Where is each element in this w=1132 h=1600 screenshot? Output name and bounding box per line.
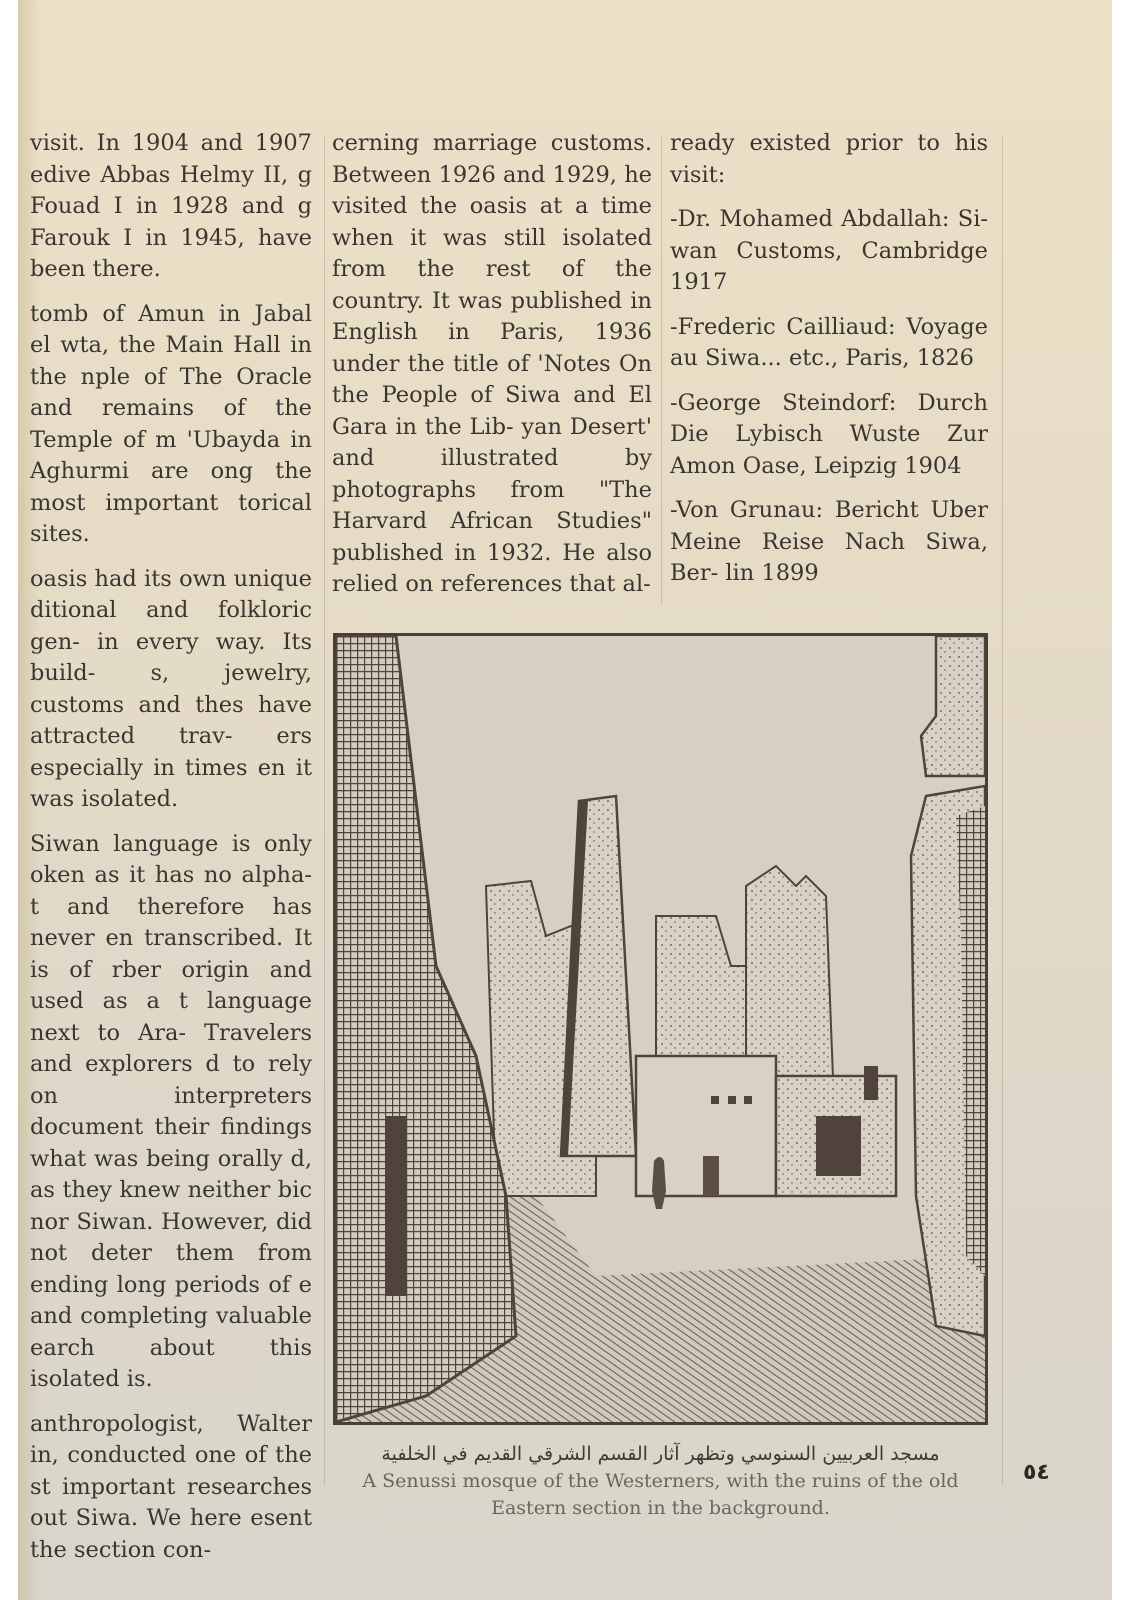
reference-item: -Frederic Cailliaud: Voyage au Siwa... e… [670,312,988,375]
references-intro: ready existed prior to his visit: [670,128,988,191]
column-divider [1002,135,1003,1485]
reference-item: -Von Grunau: Bericht Uber Meine Reise Na… [670,495,988,590]
text-column-right: ready existed prior to his visit: -Dr. M… [670,128,988,603]
reference-item: -George Steindorf: Durch Die Lybisch Wus… [670,388,988,483]
paragraph: anthropologist, Walter in, conducted one… [30,1409,312,1567]
caption-english: A Senussi mosque of the Westerners, with… [333,1468,988,1522]
book-page: visit. In 1904 and 1907 edive Abbas Helm… [18,0,1112,1600]
paragraph: cerning marriage customs. Between 1926 a… [332,128,652,601]
reference-item: -Dr. Mohamed Abdallah: Si- wan Customs, … [670,204,988,299]
siwa-street-engraving [336,636,985,1422]
engraving-illustration [333,633,988,1425]
caption-arabic: مسجد العربيين السنوسي وتظهر آثار القسم ا… [333,1440,988,1468]
column-divider [324,135,325,1485]
paragraph: tomb of Amun in Jabal el wta, the Main H… [30,299,312,551]
column-divider [661,135,662,605]
paragraph: Siwan language is only oken as it has no… [30,829,312,1396]
text-column-left: visit. In 1904 and 1907 edive Abbas Helm… [30,128,312,1579]
paragraph: oasis had its own unique ditional and fo… [30,564,312,816]
paragraph: visit. In 1904 and 1907 edive Abbas Helm… [30,128,312,286]
text-column-middle: cerning marriage customs. Between 1926 a… [332,128,652,614]
figure-caption: مسجد العربيين السنوسي وتظهر آثار القسم ا… [333,1440,988,1522]
page-number: ٥٤ [1023,1460,1050,1485]
